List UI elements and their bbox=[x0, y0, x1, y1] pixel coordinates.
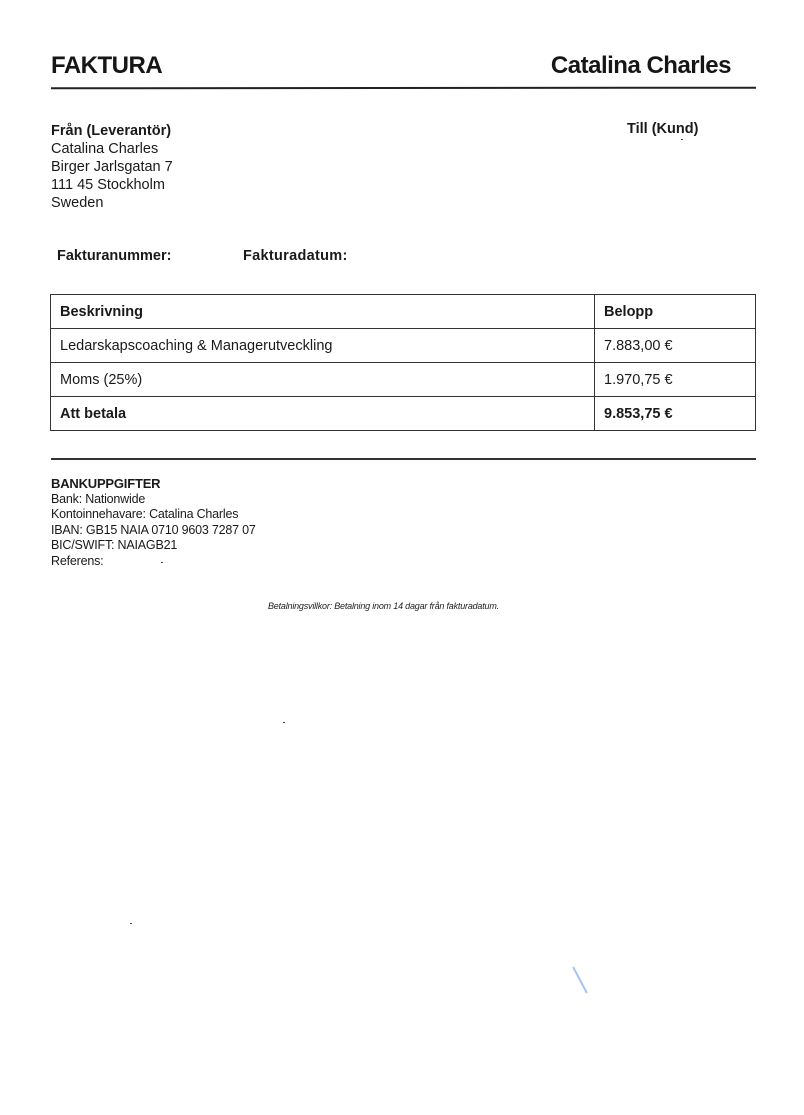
row-description: Ledarskapscoaching & Managerutveckling bbox=[51, 329, 595, 363]
supplier-label: Från (Leverantör) bbox=[51, 122, 173, 140]
scan-speck bbox=[283, 722, 285, 723]
bank-name: Bank: Nationwide bbox=[51, 492, 256, 508]
customer-label: Till (Kund) bbox=[627, 121, 698, 137]
header-divider bbox=[51, 87, 756, 90]
account-holder: Kontoinnehavare: Catalina Charles bbox=[51, 507, 256, 523]
bank-divider bbox=[51, 458, 756, 460]
column-header-amount: Belopp bbox=[595, 295, 756, 329]
total-label: Att betala bbox=[51, 397, 595, 431]
total-amount: 9.853,75 € bbox=[595, 397, 756, 431]
scan-speck bbox=[681, 139, 683, 140]
table-row: Moms (25%) 1.970,75 € bbox=[51, 363, 756, 397]
row-description: Moms (25%) bbox=[51, 363, 595, 397]
supplier-name: Catalina Charles bbox=[51, 140, 173, 158]
table-row: Ledarskapscoaching & Managerutveckling 7… bbox=[51, 329, 756, 363]
invoice-items-table: Beskrivning Belopp Ledarskapscoaching & … bbox=[50, 294, 756, 431]
row-amount: 7.883,00 € bbox=[595, 329, 756, 363]
bic-swift: BIC/SWIFT: NAIAGB21 bbox=[51, 538, 256, 554]
document-title: FAKTURA bbox=[51, 52, 162, 80]
supplier-country: Sweden bbox=[51, 194, 173, 212]
total-row: Att betala 9.853,75 € bbox=[51, 397, 756, 431]
table-header-row: Beskrivning Belopp bbox=[51, 295, 756, 329]
invoice-meta: Fakturanummer: Fakturadatum: bbox=[57, 248, 348, 264]
invoice-number-label: Fakturanummer: bbox=[57, 248, 243, 264]
column-header-description: Beskrivning bbox=[51, 295, 595, 329]
supplier-street: Birger Jarlsgatan 7 bbox=[51, 158, 173, 176]
supplier-address-block: Från (Leverantör) Catalina Charles Birge… bbox=[51, 122, 173, 212]
seller-name-heading: Catalina Charles bbox=[551, 52, 731, 80]
row-amount: 1.970,75 € bbox=[595, 363, 756, 397]
scan-speck bbox=[130, 923, 132, 924]
scan-speck bbox=[161, 562, 163, 563]
supplier-postal-city: 111 45 Stockholm bbox=[51, 176, 173, 194]
bank-details-block: BANKUPPGIFTER Bank: Nationwide Kontoinne… bbox=[51, 476, 256, 569]
iban: IBAN: GB15 NAIA 0710 9603 7287 07 bbox=[51, 523, 256, 539]
bank-details-heading: BANKUPPGIFTER bbox=[51, 476, 256, 492]
payment-terms: Betalningsvillkor: Betalning inom 14 dag… bbox=[268, 601, 499, 611]
invoice-date-label: Fakturadatum: bbox=[243, 248, 348, 264]
reference: Referens: bbox=[51, 554, 256, 570]
pen-mark bbox=[572, 966, 588, 993]
